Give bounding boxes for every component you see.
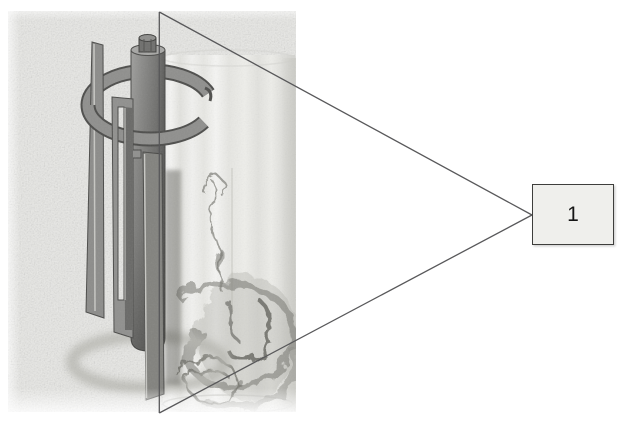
callout-label: 1 xyxy=(567,204,579,225)
specimen-photo xyxy=(8,11,296,413)
figure-graphic xyxy=(0,0,622,433)
callout-box: 1 xyxy=(532,184,614,245)
patent-figure: 1 xyxy=(0,0,622,433)
